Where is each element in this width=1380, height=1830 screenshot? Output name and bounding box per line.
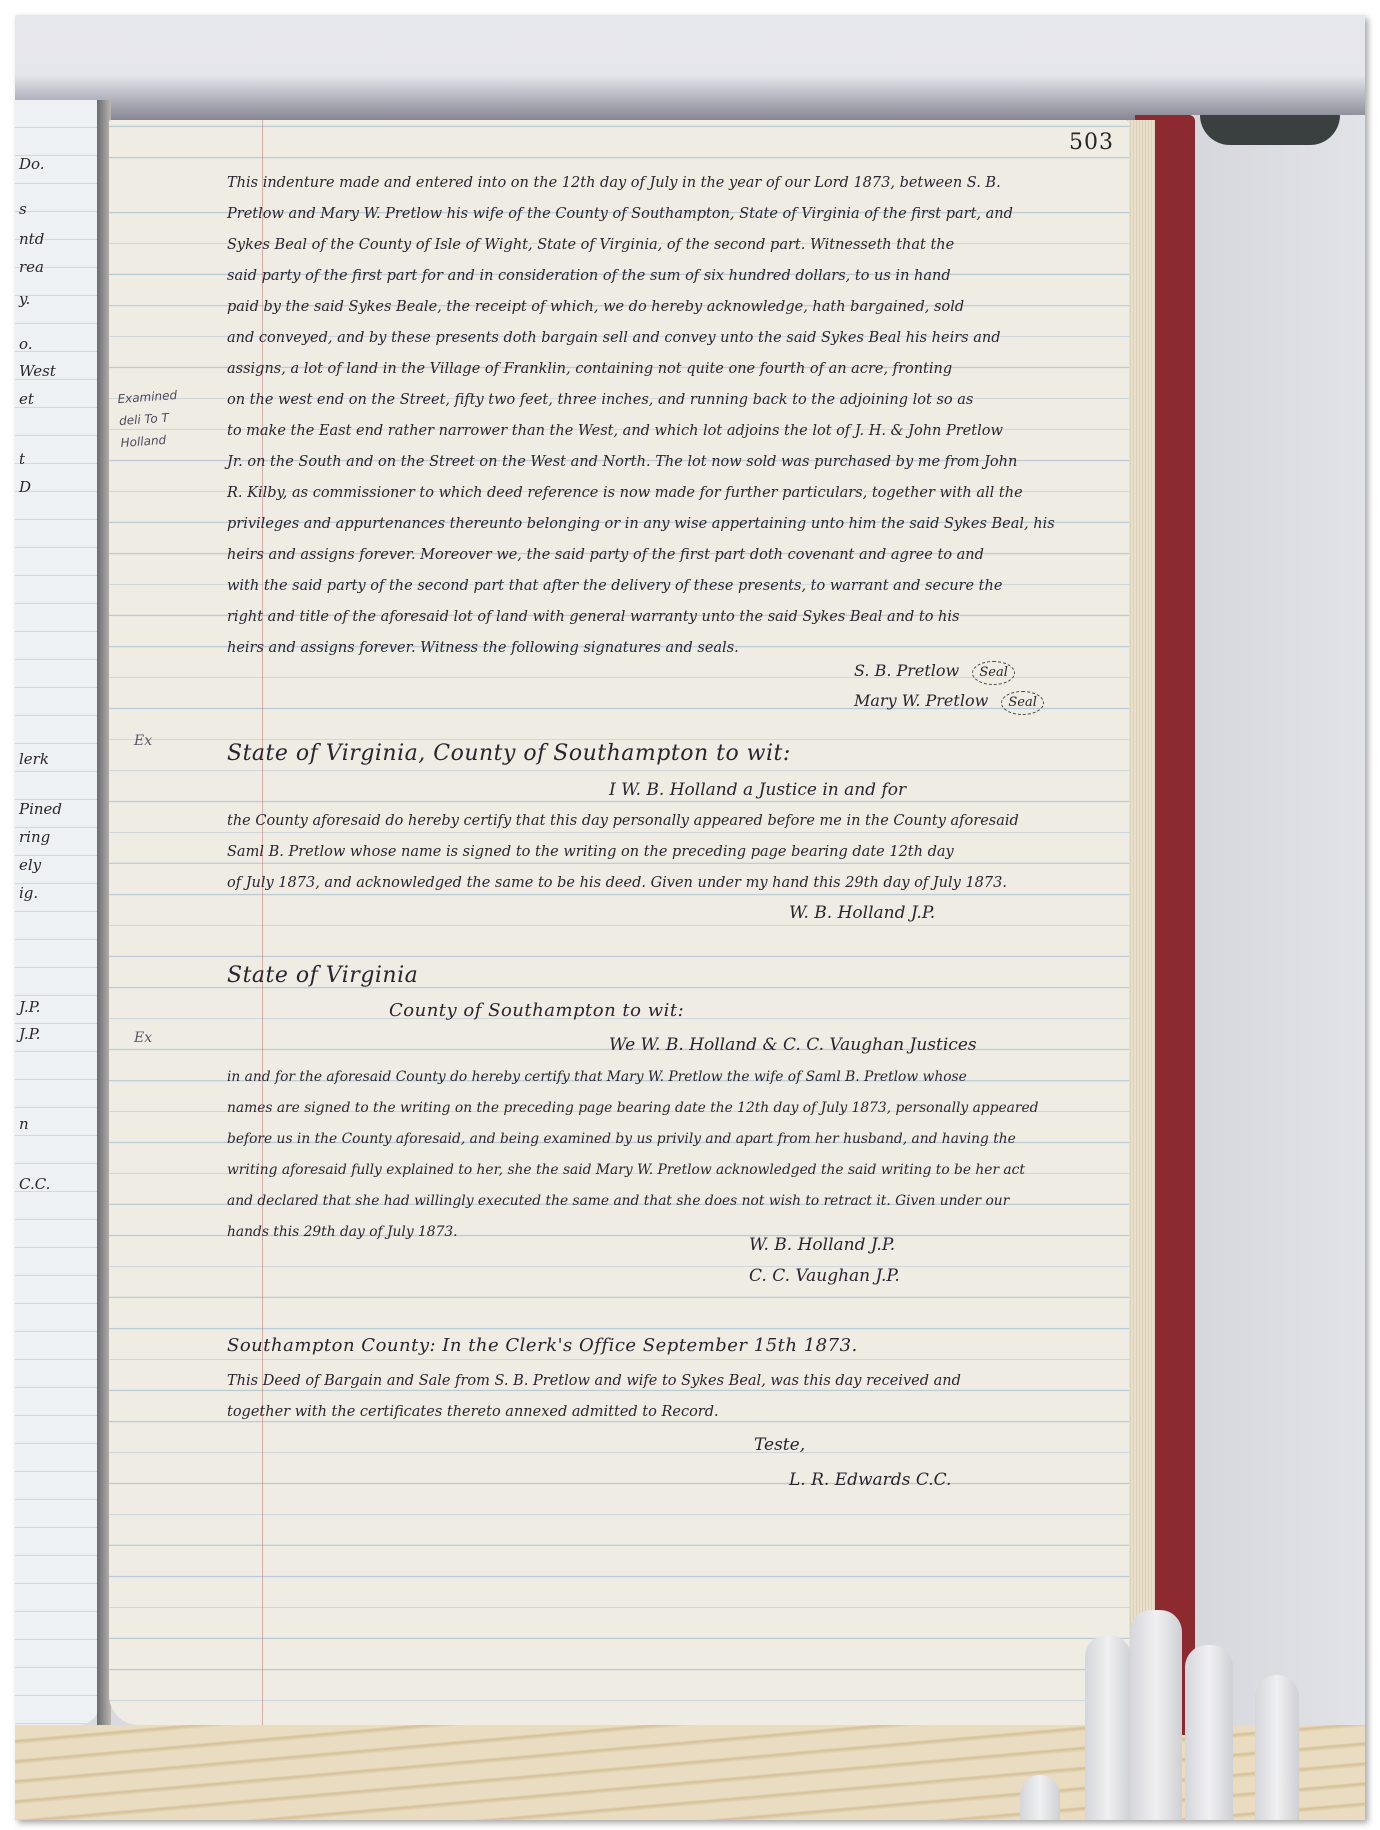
margin-mark: Ex (134, 733, 152, 749)
left-page-text: ig. (19, 884, 38, 902)
page-edges (1125, 120, 1155, 1730)
glove-finger (1185, 1645, 1233, 1820)
deed-body: This indenture made and entered into on … (227, 168, 1055, 664)
teste-label: Teste, (754, 1430, 805, 1461)
deed-line: assigns, a lot of land in the Village of… (227, 354, 1055, 385)
certificate-line: the County aforesaid do hereby certify t… (227, 806, 1019, 837)
margin-note-line: Holland (120, 428, 181, 454)
deed-line: privileges and appurtenances thereunto b… (227, 509, 1055, 540)
deed-line: R. Kilby, as commissioner to which deed … (227, 478, 1055, 509)
justice-signatures: W. B. Holland J.P. C. C. Vaughan J.P. (749, 1230, 900, 1292)
margin-mark: Ex (134, 1030, 152, 1046)
left-page-text: t (19, 450, 25, 468)
ledger-page: 503 Examined deli To T Holland Ex Ex Thi… (109, 120, 1129, 1725)
book-weight (1200, 115, 1340, 145)
certificate-1-body: the County aforesaid do hereby certify t… (227, 806, 1019, 899)
left-page-text: ring (19, 828, 50, 846)
deed-line: said party of the first part for and in … (227, 261, 1055, 292)
left-page-text: J.P. (19, 998, 40, 1016)
left-page-text: Do. (19, 155, 45, 173)
certificate-line: of July 1873, and acknowledged the same … (227, 868, 1019, 899)
left-page-text: s (19, 200, 27, 218)
deed-line: Sykes Beal of the County of Isle of Wigh… (227, 230, 1055, 261)
glove-finger (1085, 1635, 1131, 1820)
deed-line: right and title of the aforesaid lot of … (227, 602, 1055, 633)
clerk-record-body: This Deed of Bargain and Sale from S. B.… (227, 1366, 961, 1428)
deed-line: Jr. on the South and on the Street on th… (227, 447, 1055, 478)
seal-mark: Seal (972, 661, 1015, 685)
deed-line: and conveyed, and by these presents doth… (227, 323, 1055, 354)
deed-line: Pretlow and Mary W. Pretlow his wife of … (227, 199, 1055, 230)
certificate-line: and declared that she had willingly exec… (227, 1186, 1038, 1217)
signature: C. C. Vaughan J.P. (749, 1261, 900, 1292)
left-page-text: C.C. (19, 1175, 50, 1193)
left-page-text: n (19, 1115, 29, 1133)
left-page-text: ely (19, 856, 41, 874)
deed-line: with the said party of the second part t… (227, 571, 1055, 602)
clerk-line: together with the certificates thereto a… (227, 1397, 961, 1428)
left-page-text: Pined (19, 800, 62, 818)
certificate-line: in and for the aforesaid County do hereb… (227, 1062, 1038, 1093)
deed-line: to make the East end rather narrower tha… (227, 416, 1055, 447)
certificate-line: before us in the County aforesaid, and b… (227, 1124, 1038, 1155)
glove-finger (1130, 1610, 1182, 1820)
certificate-2-heading: State of Virginia (227, 960, 418, 991)
signature: W. B. Holland J.P. (749, 1230, 900, 1261)
signature: S. B. Pretlow (854, 661, 959, 680)
margin-note-examined: Examined deli To T Holland (117, 384, 181, 454)
deed-line: on the west end on the Street, fifty two… (227, 385, 1055, 416)
seal-mark: Seal (1001, 691, 1044, 715)
glove-finger (1255, 1675, 1299, 1820)
left-page-text: D (19, 478, 31, 496)
clerk-signature: L. R. Edwards C.C. (789, 1465, 951, 1496)
grantor-signatures: S. B. Pretlow Seal Mary W. Pretlow Seal (854, 656, 1044, 716)
photo-frame: Do. s ntd rea y. o. West et t D lerk Pin… (15, 15, 1365, 1820)
left-page-text: rea (19, 258, 44, 276)
table-surface (1190, 115, 1365, 1820)
left-page-text: et (19, 390, 34, 408)
left-page-text: o. (19, 335, 33, 353)
margin-note-line: Examined (117, 384, 178, 410)
page-number: 503 (1069, 130, 1114, 155)
certificate-1-line: I W. B. Holland a Justice in and for (609, 775, 906, 806)
left-page-text: lerk (19, 750, 49, 768)
certificate-line: writing aforesaid fully explained to her… (227, 1155, 1038, 1186)
signature-line: Mary W. Pretlow Seal (854, 686, 1044, 716)
justice-signature: W. B. Holland J.P. (789, 898, 935, 929)
certificate-line: names are signed to the writing on the p… (227, 1093, 1038, 1124)
deed-line: This indenture made and entered into on … (227, 168, 1055, 199)
left-page-text: ntd (19, 230, 44, 248)
left-page: Do. s ntd rea y. o. West et t D lerk Pin… (15, 100, 100, 1725)
signature-line: S. B. Pretlow Seal (854, 656, 1044, 686)
glove-thumb (1020, 1775, 1060, 1820)
left-page-text: West (19, 362, 56, 380)
clerk-record-heading: Southampton County: In the Clerk's Offic… (227, 1330, 858, 1361)
certificate-2-line: We W. B. Holland & C. C. Vaughan Justice… (609, 1030, 977, 1061)
certificate-line: Saml B. Pretlow whose name is signed to … (227, 837, 1019, 868)
deed-line: heirs and assigns forever. Moreover we, … (227, 540, 1055, 571)
clerk-line: This Deed of Bargain and Sale from S. B.… (227, 1366, 961, 1397)
certificate-line: hands this 29th day of July 1873. (227, 1217, 1038, 1248)
certificate-2-subheading: County of Southampton to wit: (389, 995, 684, 1026)
certificate-1-heading: State of Virginia, County of Southampton… (227, 738, 791, 769)
deed-line: paid by the said Sykes Beale, the receip… (227, 292, 1055, 323)
left-page-text: J.P. (19, 1025, 40, 1043)
certificate-2-body: in and for the aforesaid County do hereb… (227, 1062, 1038, 1248)
signature: Mary W. Pretlow (854, 691, 988, 710)
left-page-text: y. (19, 290, 30, 308)
